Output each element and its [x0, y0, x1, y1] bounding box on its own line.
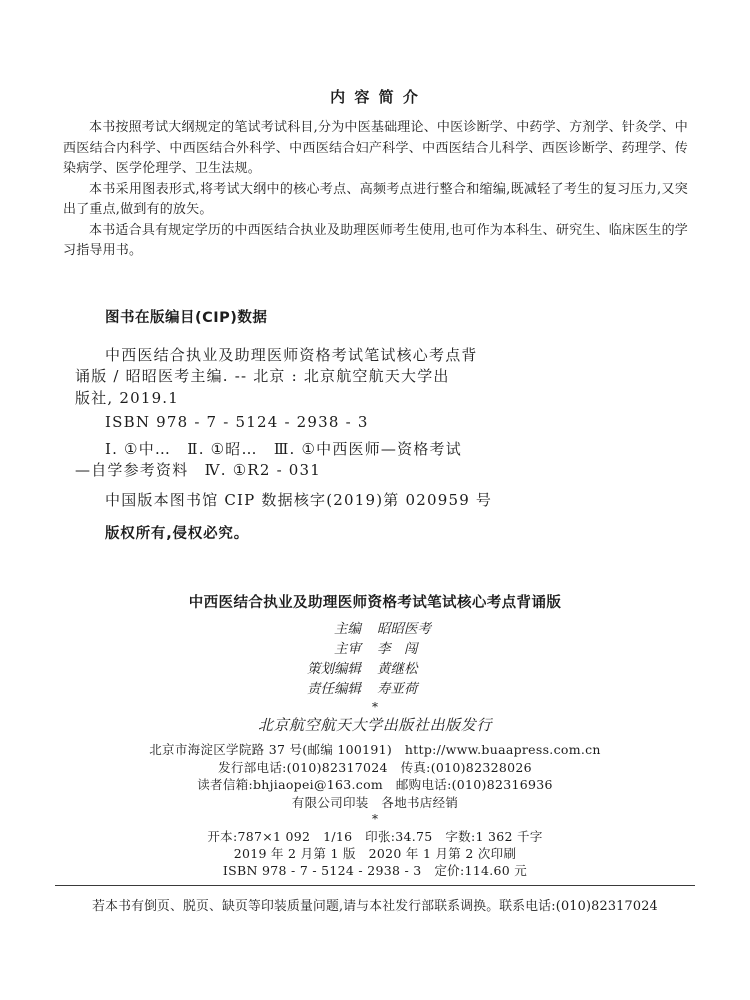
- intro-paragraphs: 本书按照考试大纲规定的笔试考试科目,分为中医基础理论、中医诊断学、中药学、方剂学…: [63, 118, 688, 262]
- staff-role: 策划编辑: [289, 659, 361, 679]
- cip-block: 图书在版编目(CIP)数据 中西医结合执业及助理医师资格考试笔试核心考点背 诵版…: [75, 306, 750, 544]
- divider-rule: [55, 885, 695, 886]
- staff-name: 昭昭医考: [377, 619, 461, 639]
- staff-line: 主审李 闯: [0, 639, 750, 659]
- staff-name: 李 闯: [377, 639, 461, 659]
- staff-line: 策划编辑黄继松: [0, 659, 750, 679]
- book-copyright-page: 内 容 简 介 本书按照考试大纲规定的笔试考试科目,分为中医基础理论、中医诊断学…: [0, 0, 750, 1000]
- cip-line: 版社, 2019.1: [75, 388, 750, 410]
- intro-paragraph: 本书按照考试大纲规定的笔试考试科目,分为中医基础理论、中医诊断学、中药学、方剂学…: [63, 118, 688, 180]
- publisher-line: 北京航空航天大学出版社出版发行: [0, 715, 750, 736]
- cip-classification-line: Ⅰ. ①中… Ⅱ. ①昭… Ⅲ. ①中西医师—资格考试: [75, 439, 750, 461]
- staff-role: 主审: [289, 639, 361, 659]
- cip-isbn-line: ISBN 978 - 7 - 5124 - 2938 - 3: [75, 412, 750, 434]
- publisher-email-line: 读者信箱:bhjiaopei@163.com 邮购电话:(010)8231693…: [0, 776, 750, 794]
- edition-line: 2019 年 2 月第 1 版 2020 年 1 月第 2 次印刷: [0, 845, 750, 862]
- colophon: 中西医结合执业及助理医师资格考试笔试核心考点背诵版 主编昭昭医考 主审李 闯 策…: [0, 591, 750, 879]
- print-spec: 开本:787×1 092 1/16 印张:34.75 字数:1 362 千字 2…: [0, 828, 750, 879]
- staff-role: 主编: [289, 619, 361, 639]
- printing-distribution-line: 有限公司印装 各地书店经销: [0, 794, 750, 812]
- cip-record-line: 中国版本图书馆 CIP 数据核字(2019)第 020959 号: [75, 490, 750, 512]
- intro-paragraph: 本书适合具有规定学历的中西医结合执业及助理医师考生使用,也可作为本科生、研究生、…: [63, 221, 688, 262]
- staff-name: 黄继松: [377, 659, 461, 679]
- cip-data: 中西医结合执业及助理医师资格考试笔试核心考点背 诵版 / 昭昭医考主编. -- …: [75, 345, 750, 512]
- staff-line: 主编昭昭医考: [0, 619, 750, 639]
- cip-classification-line: —自学参考资料 Ⅳ. ①R2 - 031: [75, 460, 750, 482]
- isbn-price-line: ISBN 978 - 7 - 5124 - 2938 - 3 定价:114.60…: [0, 862, 750, 879]
- staff-name: 寿亚荷: [377, 679, 461, 699]
- intro-section-title: 内 容 简 介: [0, 0, 750, 107]
- publisher-address-line: 北京市海淀区学院路 37 号(邮编 100191) http://www.bua…: [0, 741, 750, 759]
- cip-line: 中西医结合执业及助理医师资格考试笔试核心考点背: [75, 345, 750, 367]
- cip-heading: 图书在版编目(CIP)数据: [105, 306, 750, 327]
- staff-list: 主编昭昭医考 主审李 闯 策划编辑黄继松 责任编辑寿亚荷: [0, 619, 750, 699]
- staff-role: 责任编辑: [289, 679, 361, 699]
- quality-notice: 若本书有倒页、脱页、缺页等印装质量问题,请与本社发行部联系调换。联系电话:(01…: [0, 895, 750, 914]
- asterisk-separator: *: [0, 813, 750, 826]
- book-title: 中西医结合执业及助理医师资格考试笔试核心考点背诵版: [0, 591, 750, 612]
- publisher-phone-line: 发行部电话:(010)82317024 传真:(010)82328026: [0, 759, 750, 777]
- format-line: 开本:787×1 092 1/16 印张:34.75 字数:1 362 千字: [0, 828, 750, 845]
- publisher-info: 北京市海淀区学院路 37 号(邮编 100191) http://www.bua…: [0, 741, 750, 811]
- intro-paragraph: 本书采用图表形式,将考试大纲中的核心考点、高频考点进行整合和缩编,既减轻了考生的…: [63, 180, 688, 221]
- asterisk-separator: *: [0, 701, 750, 714]
- staff-line: 责任编辑寿亚荷: [0, 679, 750, 699]
- cip-line: 诵版 / 昭昭医考主编. -- 北京 : 北京航空航天大学出: [75, 366, 750, 388]
- copyright-notice: 版权所有,侵权必究。: [105, 522, 750, 543]
